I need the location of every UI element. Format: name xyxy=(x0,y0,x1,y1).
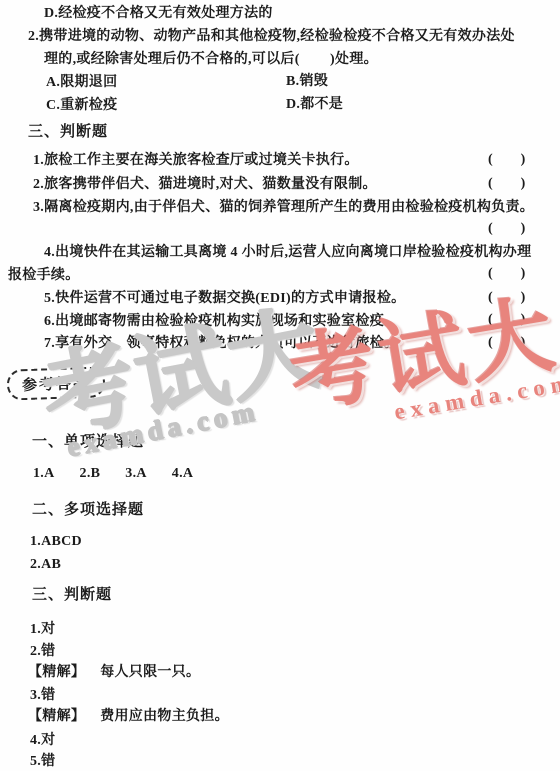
judgment-q5: 5.快件运营不可通过电子数据交换(EDI)的方式申请报检。 xyxy=(44,291,405,307)
judgment-answer-1: 1.对 xyxy=(30,622,55,638)
judgment-explanation-1: 【精解】每人只限一只。 xyxy=(28,665,200,681)
judgment-q2-answer-blank: ( ) xyxy=(488,176,525,192)
question-2-line-2: 理的,或经除害处理后仍不合格的,可以后( )处理。 xyxy=(44,52,378,68)
explanation-1-note: 每人只限一只。 xyxy=(100,665,200,680)
judgment-explanation-2: 【精解】费用应由物主负担。 xyxy=(28,709,229,725)
judgment-q4-line-1: 4.出境快件在其运输工具离境 4 小时后,运营人应向离境口岸检验检疫机构办理 xyxy=(44,245,531,261)
judgment-q1-answer-blank: ( ) xyxy=(488,152,525,168)
multiple-choice-answers-header: 二、多项选择题 xyxy=(32,502,144,518)
single-answer-1: 1.A xyxy=(33,466,55,482)
red-watermark-brand-text: 考试大 xyxy=(284,291,560,421)
judgment-q4-line-2: 报检手续。 xyxy=(8,268,80,284)
explanation-2-note: 费用应由物主负担。 xyxy=(100,709,229,724)
red-watermark-domain-text: examda.com xyxy=(392,371,560,424)
multiple-answer-2: 2.AB xyxy=(30,557,61,573)
judgment-q2: 2.旅客携带伴侣犬、猫进境时,对犬、猫数量没有限制。 xyxy=(33,177,377,193)
judgment-answer-2: 2.错 xyxy=(30,644,55,660)
judgment-q6-answer-blank: ( ) xyxy=(488,312,525,328)
q2-option-b: B.销毁 xyxy=(286,74,328,90)
judgment-q1: 1.旅检工作主要在海关旅客检查厅或过境关卡执行。 xyxy=(33,153,359,169)
single-answer-3: 3.A xyxy=(125,466,147,482)
reference-answers-label: 参考答案 xyxy=(22,372,91,395)
single-choice-answers-header: 一、单项选择题 xyxy=(32,434,144,450)
explanation-1-label: 【精解】 xyxy=(28,665,85,680)
judgment-q6: 6.出境邮寄物需由检验检疫机构实施现场和实验室检疫。 xyxy=(44,314,398,330)
judgment-answer-5: 5.错 xyxy=(30,754,55,770)
reference-answers-stamp: 参考答案 xyxy=(6,366,105,400)
q2-option-d: D.都不是 xyxy=(286,97,343,113)
judgment-answer-3: 3.错 xyxy=(30,688,55,704)
judgment-q7-answer-blank: ( ) xyxy=(488,335,525,351)
question-2-line-1: 2.携带进境的动物、动物产品和其他检疫物,经检验检疫不合格又无有效办法处 xyxy=(28,29,515,45)
q2-option-a: A.限期退回 xyxy=(46,75,117,91)
single-answer-2: 2.B xyxy=(80,466,101,482)
single-choice-answers-row: 1.A 2.B 3.A 4.A xyxy=(33,466,193,482)
prev-question-option-d: D.经检疫不合格又无有效处理方法的 xyxy=(44,6,273,22)
scanned-exam-page: D.经检疫不合格又无有效处理方法的 2.携带进境的动物、动物产品和其他检疫物,经… xyxy=(0,0,560,771)
judgment-q3-answer-blank: ( ) xyxy=(488,221,525,237)
judgment-q4-answer-blank: ( ) xyxy=(488,266,525,282)
multiple-answer-1: 1.ABCD xyxy=(30,534,82,550)
judgment-answer-4: 4.对 xyxy=(30,733,55,749)
explanation-2-label: 【精解】 xyxy=(28,709,85,724)
single-answer-4: 4.A xyxy=(172,466,194,482)
q2-option-c: C.重新检疫 xyxy=(46,98,117,114)
judgment-section-header: 三、判断题 xyxy=(28,124,108,140)
judgment-answers-header: 三、判断题 xyxy=(32,587,112,603)
judgment-q3: 3.隔离检疫期内,由于伴侣犬、猫的饲养管理所产生的费用由检验检疫机构负责。 xyxy=(33,200,534,216)
judgment-q7: 7.享有外交、领事特权和豁免权的人员可以不进行旅检。 xyxy=(44,336,398,352)
judgment-q5-answer-blank: ( ) xyxy=(488,290,525,306)
